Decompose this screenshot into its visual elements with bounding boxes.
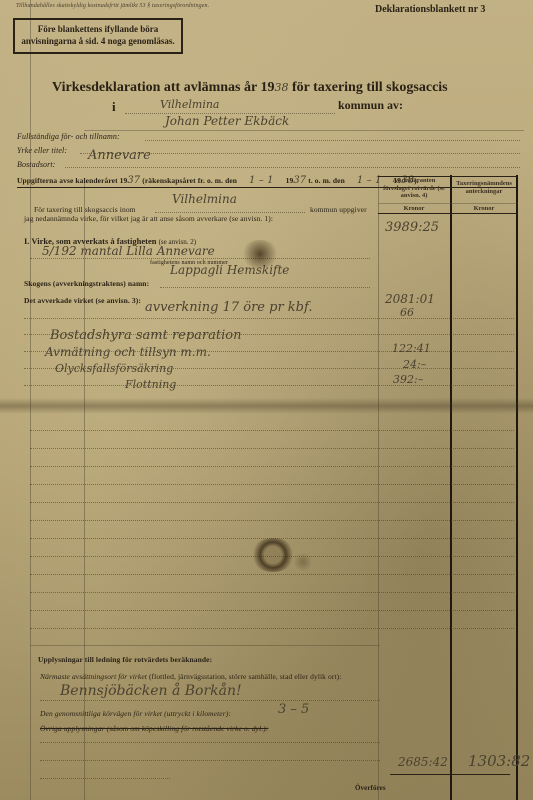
nearest-field[interactable]: Bennsjöbäcken å Borkån! xyxy=(60,683,242,699)
title-kommun-label: kommun av: xyxy=(338,98,403,113)
timber-field[interactable]: avverkning 17 öre pr kbf. xyxy=(145,300,312,315)
residence-line xyxy=(65,167,520,168)
rule xyxy=(40,760,380,761)
form-title: Virkesdeklaration att avlämnas år 1938 f… xyxy=(52,80,448,96)
rule xyxy=(30,645,380,646)
name-label: Fullständiga för- och tillnamn: xyxy=(17,132,120,141)
amount-insurance[interactable]: 24:– xyxy=(403,358,426,371)
distance-field[interactable]: 3 – 5 xyxy=(278,702,309,717)
name-field[interactable]: Johan Petter Ekbäck xyxy=(165,114,289,128)
intro-kommun-line xyxy=(155,212,305,213)
residence-field[interactable]: Annevare xyxy=(88,148,151,163)
nearest-label-text: Närmaste avsättningsort för virket xyxy=(40,672,147,681)
board-column-header: Taxeringsnämndens anteckningar xyxy=(452,180,516,195)
guidance-heading: Upplysningar till ledning för rotvärdets… xyxy=(38,655,212,664)
rule xyxy=(30,484,514,485)
unit-rule-top xyxy=(378,203,518,204)
amount-66[interactable]: 66 xyxy=(400,306,414,319)
declarant-total[interactable]: 2685:42 xyxy=(398,755,448,769)
to-label: t. o. m. den xyxy=(308,176,345,185)
instructions-notice-box: Före blankettens ifyllande böra anvisnin… xyxy=(13,18,183,54)
totals-rule xyxy=(390,774,510,775)
paper-fold xyxy=(0,398,533,414)
rule xyxy=(30,592,514,593)
declaration-form-page: Tillhandahålles skattskyldig kostnadsfri… xyxy=(0,0,533,800)
other-label: Övriga upplysningar (såsom om köpeskilli… xyxy=(40,724,268,733)
intro-prefix: För taxering till skogsaccis inom xyxy=(34,205,136,214)
stain xyxy=(293,553,313,571)
top-note: Tillhandahålles skattskyldig kostnadsfri… xyxy=(16,3,209,9)
burn-stain xyxy=(250,538,296,572)
inner-margin-line xyxy=(84,180,85,800)
nearest-options: (flottled, järnvägsstation, större samhä… xyxy=(149,672,341,681)
rule xyxy=(30,448,514,449)
board-column-right-line xyxy=(516,175,518,800)
forest-line xyxy=(160,287,370,288)
from-date-field[interactable]: 1 – 1 xyxy=(239,175,284,186)
board-total[interactable]: 1303:82 xyxy=(468,752,530,770)
rule xyxy=(84,130,524,131)
rule xyxy=(30,610,514,611)
declarant-column-left-line xyxy=(378,175,379,800)
kommun-field[interactable]: Vilhelmina xyxy=(160,98,220,111)
rule xyxy=(30,574,514,575)
form-number: Deklarationsblankett nr 3 xyxy=(375,4,485,15)
rule xyxy=(40,742,380,743)
rule xyxy=(24,385,514,386)
entry-text-measuring[interactable]: Avmätning och tillsyn m.m. xyxy=(45,345,211,359)
amount-floating[interactable]: 392:– xyxy=(393,373,423,386)
rule xyxy=(40,778,170,779)
intro-line2: jag nedannämnda virke, för vilket jag är… xyxy=(24,214,273,223)
rule xyxy=(24,318,514,319)
amount-felling[interactable]: 2081:01 xyxy=(385,292,435,306)
distance-label: Den genomsnittliga körvägen för virket (… xyxy=(40,709,231,718)
fiscal-label: (räkenskapsåret fr. o. m. den xyxy=(142,176,237,185)
board-unit: Kronor xyxy=(452,205,516,213)
rule xyxy=(30,628,514,629)
name-line xyxy=(145,140,520,141)
intro-line1: För taxering till skogsaccis inom xyxy=(34,205,136,214)
rule xyxy=(30,502,514,503)
rule xyxy=(30,430,514,431)
entry-text-insurance[interactable]: Olycksfallsförsäkring xyxy=(55,362,173,375)
ink-stain xyxy=(240,240,280,268)
intro-suffix: kommun uppgiver xyxy=(310,205,367,214)
board-column-left-line xyxy=(450,175,452,800)
declarant-unit: Kronor xyxy=(380,205,448,213)
from-year-field[interactable]: 37 xyxy=(293,175,306,186)
nearest-label: Närmaste avsättningsort för virket (flot… xyxy=(40,672,341,681)
property-line xyxy=(30,258,370,259)
intro-kommun-field[interactable]: Vilhelmina xyxy=(172,192,237,206)
entry-text-rent[interactable]: Bostadshyra samt reparation xyxy=(50,328,241,343)
title-prefix: Virkesdeklaration att avlämnas år 19 xyxy=(52,80,274,95)
residence-label: Bostadsort: xyxy=(17,160,55,169)
occupation-label: Yrke eller titel: xyxy=(17,146,67,155)
rule xyxy=(30,466,514,467)
notice-text: Före blankettens ifyllande böra anvisnin… xyxy=(21,24,174,46)
forest-label: Skogens (avverkningstraktens) namn: xyxy=(24,279,149,288)
unit-rule-bottom xyxy=(378,213,518,214)
period-row: Uppgifterna avse kalenderåret 1937 (räke… xyxy=(17,175,419,186)
property-field[interactable]: 5/192 mantal Lilla Annevare xyxy=(42,244,215,258)
entry-text-floating[interactable]: Flottning xyxy=(125,378,176,391)
period-year[interactable]: 37 xyxy=(127,175,140,186)
amount-measuring[interactable]: 122:41 xyxy=(392,342,431,355)
carry-forward-label: Överföres xyxy=(355,784,386,792)
rule xyxy=(30,520,514,521)
timber-label: Det avverkade virket (se anvisn. 3): xyxy=(24,296,141,305)
title-i: i xyxy=(112,99,116,115)
period-prefix: Uppgifterna avse kalenderåret 19 xyxy=(17,176,127,185)
title-year[interactable]: 38 xyxy=(274,81,288,94)
declarant-column-header: Av deklaranten föreslaget rotvärde (se a… xyxy=(380,177,448,200)
nearest-line xyxy=(40,700,380,701)
amount-total-gross[interactable]: 3989:25 xyxy=(385,220,439,235)
title-suffix: för taxering till skogsaccis xyxy=(292,80,448,95)
